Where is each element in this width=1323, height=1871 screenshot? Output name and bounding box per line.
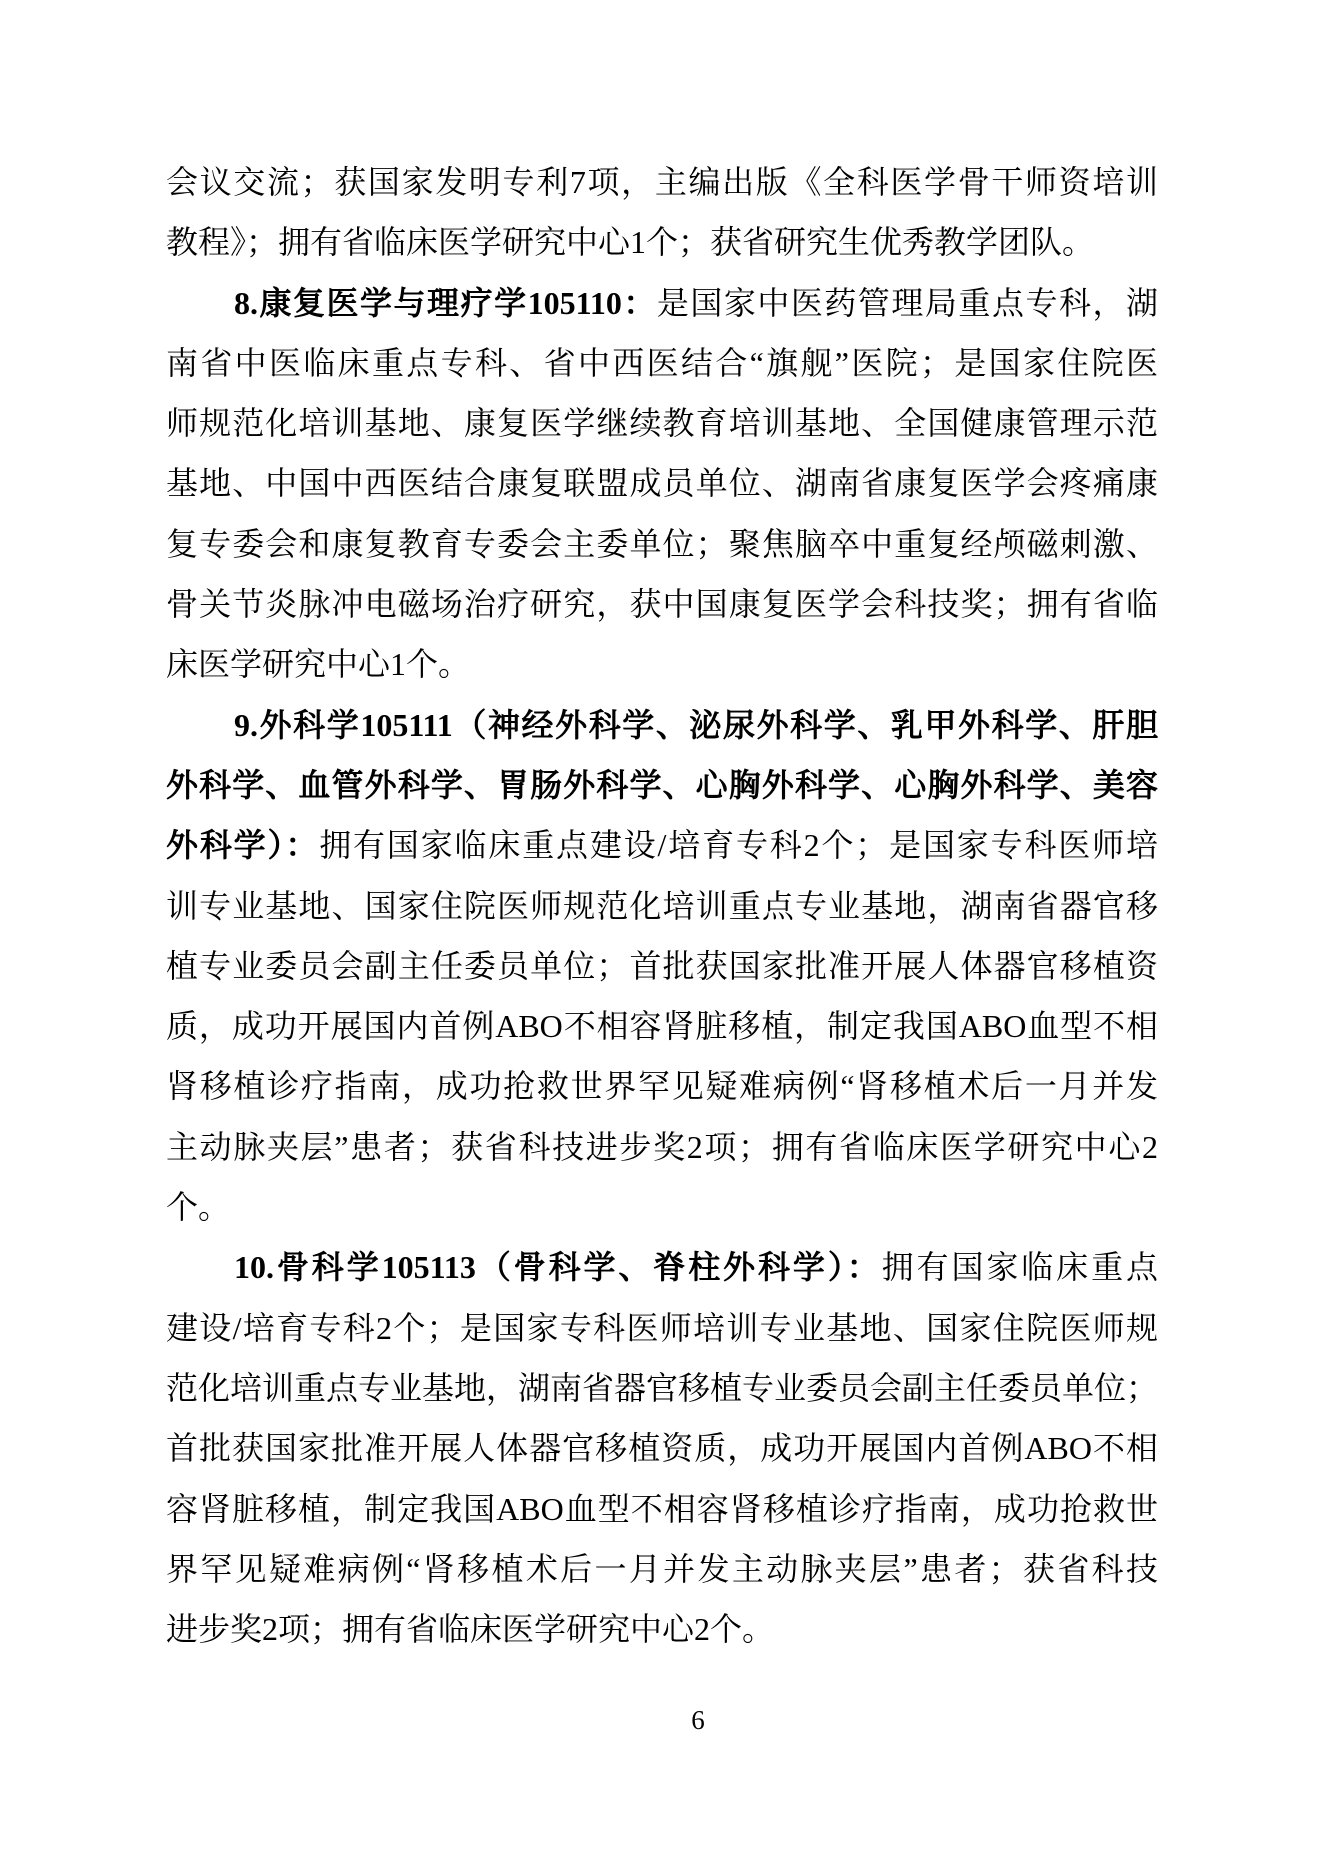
text-line: 教程》；拥有省临床医学研究中心1个；获省研究生优秀教学团队。 — [166, 212, 1158, 272]
text-run: 训专业基地、国家住院医师规范化培训重点专业基地，湖南省器官移 — [166, 888, 1158, 924]
para-item7-continuation: 会议交流；获国家发明专利7项，主编出版《全科医学骨干师资培训教程》；拥有省临床医… — [166, 152, 1158, 273]
text-line: 外科学、血管外科学、胃肠外科学、心胸外科学、心胸外科学、美容 — [166, 755, 1158, 815]
bold-text-run: 8.康复医学与理疗学105110： — [234, 285, 657, 321]
text-line: 质，成功开展国内首例ABO不相容肾脏移植，制定我国ABO血型不相容 — [166, 996, 1158, 1056]
document-page: { "page": { "background_color": "#ffffff… — [0, 0, 1323, 1871]
text-run: 主动脉夹层”患者；获省科技进步奖2项；拥有省临床医学研究中心2 — [166, 1129, 1158, 1165]
text-line: 会议交流；获国家发明专利7项，主编出版《全科医学骨干师资培训 — [166, 152, 1158, 212]
para-item8-rehabilitation-medicine: 8.康复医学与理疗学105110：是国家中医药管理局重点专科，湖南省中医临床重点… — [166, 273, 1158, 695]
text-line: 复专委会和康复教育专委会主委单位；聚焦脑卒中重复经颅磁刺激、 — [166, 514, 1158, 574]
text-line: 进步奖2项；拥有省临床医学研究中心2个。 — [166, 1599, 1158, 1659]
text-line: 主动脉夹层”患者；获省科技进步奖2项；拥有省临床医学研究中心2 — [166, 1117, 1158, 1177]
text-line: 界罕见疑难病例“肾移植术后一月并发主动脉夹层”患者；获省科技 — [166, 1539, 1158, 1599]
text-run: 个。 — [166, 1189, 230, 1225]
text-line: 9.外科学105111（神经外科学、泌尿外科学、乳甲外科学、肝胆 — [166, 695, 1158, 755]
document-body: 会议交流；获国家发明专利7项，主编出版《全科医学骨干师资培训教程》；拥有省临床医… — [166, 152, 1158, 1659]
text-line: 基地、中国中西医结合康复联盟成员单位、湖南省康复医学会疼痛康 — [166, 453, 1158, 513]
para-item9-surgery: 9.外科学105111（神经外科学、泌尿外科学、乳甲外科学、肝胆外科学、血管外科… — [166, 695, 1158, 1238]
text-line: 师规范化培训基地、康复医学继续教育培训基地、全国健康管理示范 — [166, 393, 1158, 453]
text-line: 建设/培育专科2个；是国家专科医师培训专业基地、国家住院医师规 — [166, 1298, 1158, 1358]
bold-text-run: 9.外科学105111（神经外科学、泌尿外科学、乳甲外科学、肝胆 — [234, 707, 1158, 743]
text-line: 骨关节炎脉冲电磁场治疗研究，获中国康复医学会科技奖；拥有省临 — [166, 574, 1158, 634]
text-line: 容肾脏移植，制定我国ABO血型不相容肾移植诊疗指南，成功抢救世 — [166, 1479, 1158, 1539]
text-run: 复专委会和康复教育专委会主委单位；聚焦脑卒中重复经颅磁刺激、 — [166, 526, 1158, 562]
text-run: 骨关节炎脉冲电磁场治疗研究，获中国康复医学会科技奖；拥有省临 — [166, 586, 1158, 622]
text-run: 容肾脏移植，制定我国ABO血型不相容肾移植诊疗指南，成功抢救世 — [166, 1491, 1158, 1527]
text-line: 首批获国家批准开展人体器官移植资质，成功开展国内首例ABO不相 — [166, 1418, 1158, 1478]
text-line: 个。 — [166, 1177, 1158, 1237]
text-run: 首批获国家批准开展人体器官移植资质，成功开展国内首例ABO不相 — [166, 1430, 1158, 1466]
text-run: 进步奖2项；拥有省临床医学研究中心2个。 — [166, 1611, 774, 1647]
para-item10-orthopedics: 10.骨科学105113（骨科学、脊柱外科学）：拥有国家临床重点建设/培育专科2… — [166, 1237, 1158, 1659]
text-run: 南省中医临床重点专科、省中西医结合“旗舰”医院；是国家住院医 — [166, 345, 1158, 381]
text-run: 质，成功开展国内首例ABO不相容肾脏移植，制定我国ABO血型不相容 — [166, 1008, 1158, 1056]
text-run: 范化培训重点专业基地，湖南省器官移植专业委员会副主任委员单位； — [166, 1370, 1158, 1406]
text-run: 肾移植诊疗指南，成功抢救世界罕见疑难病例“肾移植术后一月并发 — [166, 1068, 1158, 1104]
text-line: 外科学）：拥有国家临床重点建设/培育专科2个；是国家专科医师培 — [166, 815, 1158, 875]
bold-text-run: 10.骨科学105113（骨科学、脊柱外科学）： — [234, 1249, 882, 1285]
text-line: 南省中医临床重点专科、省中西医结合“旗舰”医院；是国家住院医 — [166, 333, 1158, 393]
text-run: 拥有国家临床重点建设/培育专科2个；是国家专科医师培 — [319, 827, 1158, 863]
text-run: 基地、中国中西医结合康复联盟成员单位、湖南省康复医学会疼痛康 — [166, 465, 1158, 501]
text-line: 植专业委员会副主任委员单位；首批获国家批准开展人体器官移植资 — [166, 936, 1158, 996]
text-run: 床医学研究中心1个。 — [166, 646, 470, 682]
text-line: 床医学研究中心1个。 — [166, 634, 1158, 694]
text-run: 会议交流；获国家发明专利7项，主编出版《全科医学骨干师资培训 — [166, 164, 1158, 200]
text-line: 范化培训重点专业基地，湖南省器官移植专业委员会副主任委员单位； — [166, 1358, 1158, 1418]
bold-text-run: 外科学）： — [166, 827, 319, 863]
text-run: 教程》；拥有省临床医学研究中心1个；获省研究生优秀教学团队。 — [166, 224, 1094, 260]
text-run: 拥有国家临床重点 — [882, 1249, 1158, 1285]
text-run: 师规范化培训基地、康复医学继续教育培训基地、全国健康管理示范 — [166, 405, 1158, 441]
text-line: 肾移植诊疗指南，成功抢救世界罕见疑难病例“肾移植术后一月并发 — [166, 1056, 1158, 1116]
text-line: 10.骨科学105113（骨科学、脊柱外科学）：拥有国家临床重点 — [166, 1237, 1158, 1297]
text-run: 建设/培育专科2个；是国家专科医师培训专业基地、国家住院医师规 — [166, 1310, 1158, 1346]
text-line: 8.康复医学与理疗学105110：是国家中医药管理局重点专科，湖 — [166, 273, 1158, 333]
bold-text-run: 外科学、血管外科学、胃肠外科学、心胸外科学、心胸外科学、美容 — [166, 767, 1158, 803]
text-line: 训专业基地、国家住院医师规范化培训重点专业基地，湖南省器官移 — [166, 876, 1158, 936]
page-number: 6 — [660, 1705, 736, 1735]
text-run: 是国家中医药管理局重点专科，湖 — [657, 285, 1158, 321]
text-run: 植专业委员会副主任委员单位；首批获国家批准开展人体器官移植资 — [166, 948, 1158, 984]
text-run: 界罕见疑难病例“肾移植术后一月并发主动脉夹层”患者；获省科技 — [166, 1551, 1158, 1587]
